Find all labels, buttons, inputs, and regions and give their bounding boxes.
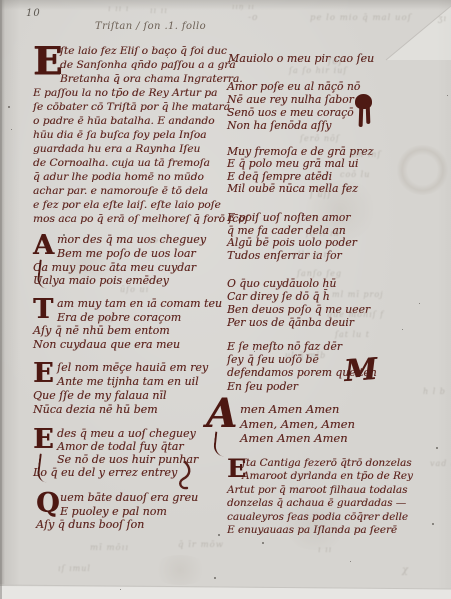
bleedthrough-mark: alla e ıſ <box>292 250 331 259</box>
stanza: Q uem bāte dauoſ era greuE puoley e pal … <box>36 491 174 532</box>
bleedthrough-mark: fo ll ın <box>306 229 340 238</box>
text-line: Senō uos e meu coraçō <box>227 106 360 119</box>
text-line: Amen, Amen, Amen <box>240 417 355 432</box>
paper-stain <box>150 555 210 585</box>
stanza: T am muy tam en ıā comam teuEra de pobre… <box>33 297 198 351</box>
margin-letter-m: M <box>343 352 379 389</box>
text-line: hūu dia ē ſa buſca foy pela Inſoa <box>33 128 235 142</box>
bleedthrough-mark: coō lu <box>340 170 370 179</box>
ink-speck <box>11 129 12 130</box>
bleedthrough-mark: ʒı <box>438 14 447 23</box>
ink-speck <box>432 523 434 525</box>
text-line: Artut por q̄ maroot filhaua todalas <box>227 484 408 497</box>
text-line: E poiſ uoſ noſten amor <box>227 212 357 225</box>
text-line: Bretanha q̄ ora chama Ingraterra. <box>33 72 235 86</box>
ink-speck <box>285 421 286 422</box>
bleedthrough-mark: vad ē <box>430 459 451 468</box>
bleedthrough-mark: ml mī proj <box>332 290 384 299</box>
ink-speck <box>120 589 121 590</box>
text-line: ſta Cantiga fezerō q̄trō donzelas <box>227 457 408 470</box>
paragraph-mark-stem <box>366 103 370 124</box>
bleedthrough-mark: ıı ıı <box>150 6 168 15</box>
text-line: Ca muy pouc āta meu cuydar <box>33 261 196 275</box>
illuminated-initial: T <box>33 297 57 324</box>
bleedthrough-mark: h l b <box>423 387 446 396</box>
bleedthrough-mark: ı ıı <box>318 545 332 554</box>
stanza: E ſel nom mēçe hauiā em reyAnte me tijnh… <box>33 361 184 417</box>
ink-speck <box>419 303 420 304</box>
illuminated-initial: E <box>227 457 242 483</box>
manuscript-photo: 10 Triſtan / ſon .1. follo E ſte laio fe… <box>0 0 451 599</box>
ink-speck <box>402 329 403 330</box>
bleedthrough-mark: ı ıı ı <box>108 4 129 13</box>
text-line: Ualya maio pois emēdey <box>33 274 196 288</box>
text-line: Non cuydaua que era meu <box>33 338 198 352</box>
illuminated-initial: E <box>33 427 57 454</box>
rubric-lai-1: E ſte laio fez Eliſ o baço q̄ foi ducde … <box>33 44 235 226</box>
text-line: mor des q̄ ma uos cheguey <box>33 233 196 247</box>
illuminated-initial: Q <box>36 491 60 518</box>
text-line: Que ſſe de my falaua nīl <box>33 389 184 403</box>
ink-speck <box>254 351 255 352</box>
illuminated-initial: A <box>33 233 57 260</box>
ink-speck <box>218 534 220 536</box>
rubric-lines: ſte laio fez Eliſ o baço q̄ foi ducde Sa… <box>33 44 235 226</box>
text-line: e fez por ela eſte laiſ. eſte laio poſe <box>33 198 235 212</box>
bleedthrough-mark: mī mōıı <box>90 543 129 553</box>
ink-speck <box>167 57 168 58</box>
text-line: Amen Amen Amen <box>240 431 355 446</box>
text-line: caualeyros ſeas podia cōq̄rer delle <box>227 511 408 524</box>
ink-speck <box>447 95 448 96</box>
text-line: Aſy q̄ duns booſ ſon <box>36 518 174 532</box>
text-line: mos aca po q̄ erā oſ melhoreſ q̄ forō fc… <box>33 212 235 226</box>
bleedthrough-mark: ſanſo ſeg <box>297 269 342 278</box>
bleedthrough-mark: ul q̄ mīb <box>285 351 326 360</box>
text-line: O q̄uo cuydāuolo hū <box>227 277 370 290</box>
text-line: Nē aue rey nulha ſabor <box>227 93 360 106</box>
ink-speck <box>436 447 438 449</box>
text-line: am muy tam en ıā comam teu <box>33 297 198 311</box>
bleedthrough-mark: uo ıı <box>147 236 170 245</box>
ink-speck <box>63 234 65 236</box>
page-bottom-edge <box>0 585 451 589</box>
rubric-lines: ſta Cantiga fezerō q̄trō donzelasAmaroot… <box>227 457 408 537</box>
folio-number: 10 <box>26 8 41 19</box>
ink-speck <box>330 487 331 488</box>
verse-line-opening: Mauiolo o meu pir cao ſeu <box>228 52 374 65</box>
ink-speck <box>8 106 10 108</box>
bleedthrough-mark: -o <box>248 13 258 23</box>
paragraph-mark-blob <box>355 94 372 109</box>
colocci-annotation: Triſtan / ſon .1. follo <box>95 21 206 32</box>
text-line: Nūca dezia nē hū bem <box>33 403 184 417</box>
text-line: Amaroot dyrlanda en tp̄o de Rey <box>227 470 408 483</box>
bleedthrough-mark: ſa ſo hir iuſ <box>289 66 347 75</box>
ink-speck <box>38 497 39 498</box>
text-line: ſe cōbater cō Triſtā por q̄ lhe matara <box>33 100 235 114</box>
text-line: E paſſou la no tp̄o de Rey Artur pa <box>33 86 235 100</box>
text-line: de Cornoalha. cuja ua tā fremoſa <box>33 156 235 170</box>
text-line: achar par. e namorouſe ē tō dela <box>33 184 235 198</box>
bleedthrough-mark: que mōnıſ f <box>327 310 384 319</box>
bleedthrough-mark: ſ uſſ <box>310 190 332 199</box>
amen-stanza: A men Amen AmenAmen, Amen, AmenAmen Amen… <box>240 402 355 446</box>
paper-stain <box>395 145 450 195</box>
illuminated-initial: E <box>33 361 57 388</box>
bleedthrough-mark: ſat lu t <box>335 330 370 339</box>
stanza-lines: mor des q̄ ma uos chegueyBem me poſo de … <box>33 233 196 288</box>
photo-bottom-strip <box>0 586 451 599</box>
text-line: ſte laio fez Eliſ o baço q̄ foi duc <box>33 44 235 58</box>
amen-lines: men Amen AmenAmen, Amen, AmenAmen Amen A… <box>240 402 355 446</box>
stanza: A mor des q̄ ma uos chegueyBem me poſo d… <box>33 233 196 288</box>
text-line: Se nō de uos huir punhar <box>33 453 177 466</box>
stanza: O q̄uo cuydāuolo hūCar direy ſe dō q̄ h̄… <box>227 277 370 329</box>
text-line: de Sanſonha qn̄do paſſou a a grã <box>33 58 235 72</box>
stanza: E des q̄ meu a uoſ chegueyAmor de todal … <box>33 427 177 479</box>
illuminated-initial: E <box>33 44 60 73</box>
text-line: Bem me poſo de uos loar <box>33 247 196 261</box>
bleedthrough-mark: pe lo mio q̄ mal uoſ <box>310 13 412 23</box>
text-line: E q̄ polo meu grā mal ui <box>227 158 373 170</box>
paragraph-mark-stem <box>359 103 363 127</box>
stanza-lines: O q̄uo cuydāuolo hūCar direy ſe dō q̄ h̄… <box>227 277 370 329</box>
text-line: o padre ē hūa batalha. E andando <box>33 114 235 128</box>
bleedthrough-mark: χ <box>402 565 409 576</box>
text-line: E enuyauaas pa Iſlanda pa ſeerē <box>227 524 408 537</box>
bleedthrough-mark: q̄ īr mōw <box>178 540 224 550</box>
ink-speck <box>262 542 264 544</box>
text-line: donzelas q̄ achaua ē guardadas — <box>227 497 408 510</box>
text-line: Amor poſe eu al nāçō nō <box>227 80 360 93</box>
text-line: Aſy q̄ nē nhū bem entom <box>33 324 198 338</box>
bleedthrough-mark: ūſo uı <box>120 285 149 294</box>
stanza-lines: Amor poſe eu al nāçō nōNē aue rey nulha … <box>227 80 360 132</box>
stanza-lines: am muy tam en ıā comam teuEra de pobre c… <box>33 297 198 351</box>
bleedthrough-mark: ım ınſ <box>352 150 381 159</box>
text-line: guardada hu era a Raynha Iſeu <box>33 142 235 156</box>
flourish-icon <box>176 460 194 494</box>
rubric-lai-2: E ſta Cantiga fezerō q̄trō donzelasAmaro… <box>227 457 408 537</box>
text-line: q̄ adur lhe podia homē no mūdo <box>33 170 235 184</box>
bleedthrough-mark: ııņ ıı <box>232 2 255 11</box>
ink-speck <box>350 561 351 562</box>
text-line: Non ha ſenōda aſſy <box>227 119 360 132</box>
bleedthrough-mark: ū ıı <box>97 315 114 324</box>
paragraph-mark-icon <box>355 94 377 134</box>
illuminated-initial-amen: A <box>206 396 237 432</box>
text-line: men Amen Amen <box>240 402 355 417</box>
text-line: Era de pobre coraçom <box>33 311 198 325</box>
stanza: Amor poſe eu al nāçō nōNē aue rey nulha … <box>227 80 360 132</box>
ink-speck <box>214 577 216 579</box>
text-line: Mil oubē nūca mella fez <box>227 183 373 195</box>
bleedthrough-mark: ıſ ımul <box>58 564 91 573</box>
bleedthrough-mark: ſerō nōſ <box>300 134 340 143</box>
text-line: Lo q̄ eu del y errez entrey <box>33 466 177 479</box>
